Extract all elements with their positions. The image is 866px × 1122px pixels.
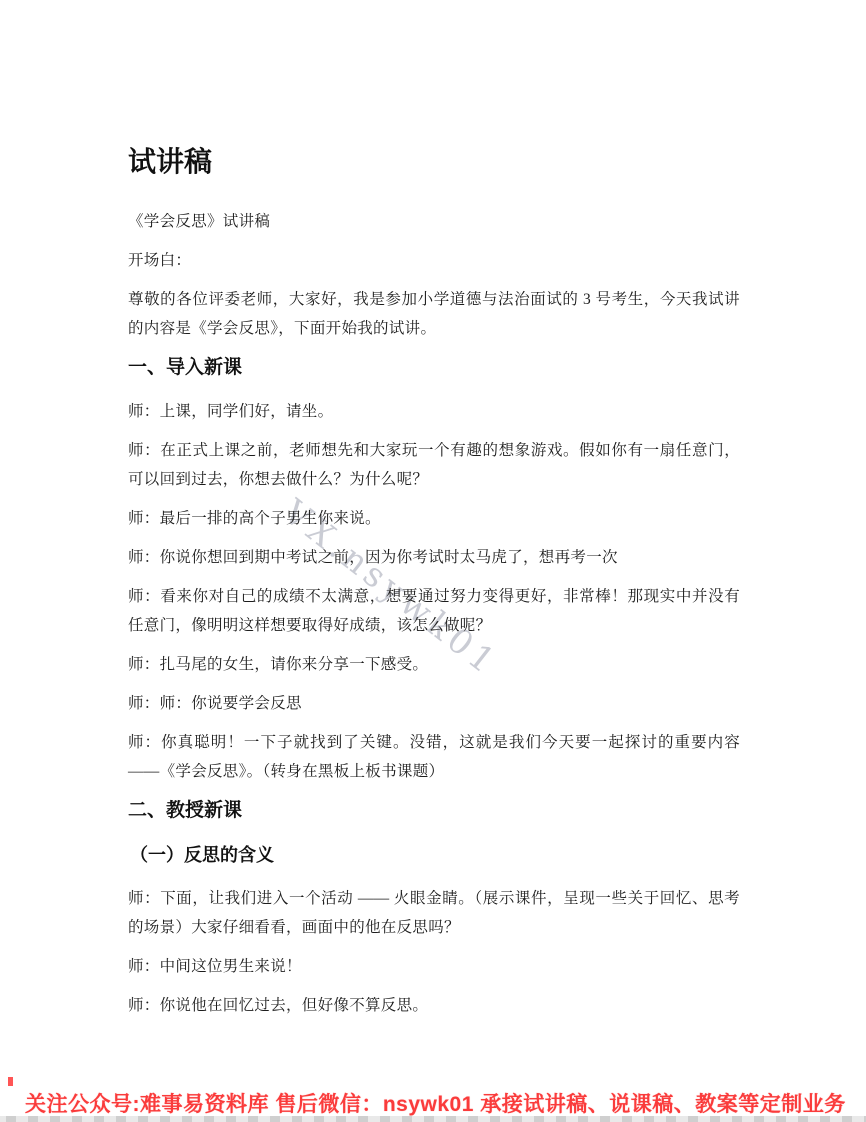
script-paragraph: 师：你说他在回忆过去，但好像不算反思。 <box>128 991 740 1020</box>
script-paragraph: 师：下面，让我们进入一个活动 —— 火眼金睛。（展示课件，呈现一些关于回忆、思考… <box>128 884 740 942</box>
script-paragraph: 师：中间这位男生来说！ <box>128 952 740 981</box>
doc-subtitle: 《学会反思》试讲稿 <box>128 207 740 236</box>
document-page: 试讲稿 《学会反思》试讲稿 开场白： 尊敬的各位评委老师，大家好，我是参加小学道… <box>0 0 866 1020</box>
red-speck <box>8 1077 13 1086</box>
script-paragraph: 师：上课，同学们好，请坐。 <box>128 397 740 426</box>
script-paragraph: 师：师：你说要学会反思 <box>128 689 740 718</box>
script-paragraph: 师：你说你想回到期中考试之前，因为你考试时太马虎了，想再考一次 <box>128 543 740 572</box>
opening-paragraph: 尊敬的各位评委老师，大家好，我是参加小学道德与法治面试的 3 号考生，今天我试讲… <box>128 285 740 343</box>
opening-label: 开场白： <box>128 246 740 275</box>
footer-note: 关注公众号:难事易资料库 售后微信：nsywk01 承接试讲稿、说课稿、教案等定… <box>25 1088 855 1118</box>
section-heading-new-lesson: 二、教授新课 <box>128 798 740 823</box>
script-paragraph: 师：扎马尾的女生，请你来分享一下感受。 <box>128 650 740 679</box>
script-paragraph: 师：你真聪明！一下子就找到了关键。没错，这就是我们今天要一起探讨的重要内容 ——… <box>128 728 740 786</box>
script-paragraph: 师：看来你对自己的成绩不太满意，想要通过努力变得更好，非常棒！那现实中并没有任意… <box>128 582 740 640</box>
subsection-heading-meaning: （一）反思的含义 <box>130 843 740 867</box>
script-paragraph: 师：最后一排的高个子男生你来说。 <box>128 504 740 533</box>
section-heading-lead-in: 一、导入新课 <box>128 355 740 380</box>
script-paragraph: 师：在正式上课之前，老师想先和大家玩一个有趣的想象游戏。假如你有一扇任意门，可以… <box>128 436 740 494</box>
page-title: 试讲稿 <box>128 145 740 179</box>
page-bottom-strip <box>0 1116 866 1122</box>
